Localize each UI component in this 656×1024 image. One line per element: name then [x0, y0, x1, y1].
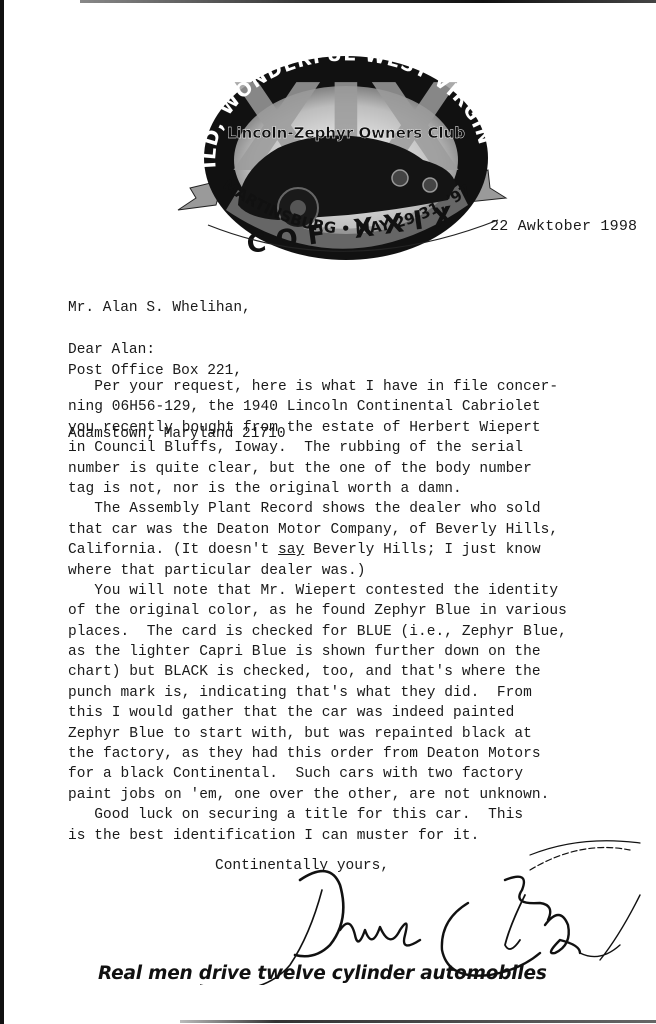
body-line: as the lighter Capri Blue is shown furth… — [68, 642, 567, 662]
body-line: The Assembly Plant Record shows the deal… — [68, 499, 567, 519]
body-line: paint jobs on 'em, one over the other, a… — [68, 785, 567, 805]
salutation: Dear Alan: — [68, 342, 155, 358]
body-line: tag is not, nor is the original worth a … — [68, 479, 567, 499]
body-line: is the best identification I can muster … — [68, 826, 567, 846]
body-line: in Council Bluffs, Ioway. The rubbing of… — [68, 438, 567, 458]
underlined-word: say — [278, 542, 304, 558]
body-line: number is quite clear, but the one of th… — [68, 459, 567, 479]
body-line: chart) but BLACK is checked, too, and th… — [68, 662, 567, 682]
body-line: You will note that Mr. Wiepert contested… — [68, 581, 567, 601]
body-line: Good luck on securing a title for this c… — [68, 805, 567, 825]
body-line: where that particular dealer was.) — [68, 561, 567, 581]
letterhead-tagline: Real men drive twelve cylinder automobil… — [98, 963, 547, 984]
body-line-part: Beverly Hills; I just know — [304, 542, 540, 558]
body-line: California. (It doesn't say Beverly Hill… — [68, 540, 567, 560]
car-club-emblem-icon: XIX Lincoln-Zephyr Owners Club WILD, WON… — [168, 20, 514, 260]
body-line: Per your request, here is what I have in… — [68, 377, 567, 397]
body-line: that car was the Deaton Motor Company, o… — [68, 520, 567, 540]
letter-date: 22 Awktober 1998 — [490, 218, 637, 235]
body-line: you recently bought from the estate of H… — [68, 418, 567, 438]
body-line: ning 06H56-129, the 1940 Lincoln Contine… — [68, 397, 567, 417]
body-line: Zephyr Blue to start with, but was repai… — [68, 724, 567, 744]
body-line: the factory, as they had this order from… — [68, 744, 567, 764]
body-line: for a black Continental. Such cars with … — [68, 764, 567, 784]
body-line: this I would gather that the car was ind… — [68, 703, 567, 723]
body-line: punch mark is, indicating that's what th… — [68, 683, 567, 703]
closing: Continentally yours, — [215, 858, 389, 874]
body-line: of the original color, as he found Zephy… — [68, 601, 567, 621]
scan-edge-top — [80, 0, 656, 3]
body-line-part: California. (It doesn't — [68, 542, 278, 558]
letter-body: Per your request, here is what I have in… — [68, 377, 567, 846]
recipient-name: Mr. Alan S. Whelihan, — [68, 298, 286, 319]
body-line: places. The card is checked for BLUE (i.… — [68, 622, 567, 642]
scan-edge-left — [0, 0, 4, 1024]
svg-text:Lincoln-Zephyr Owners Club: Lincoln-Zephyr Owners Club — [227, 124, 465, 142]
scan-edge-bottom — [180, 1020, 656, 1023]
